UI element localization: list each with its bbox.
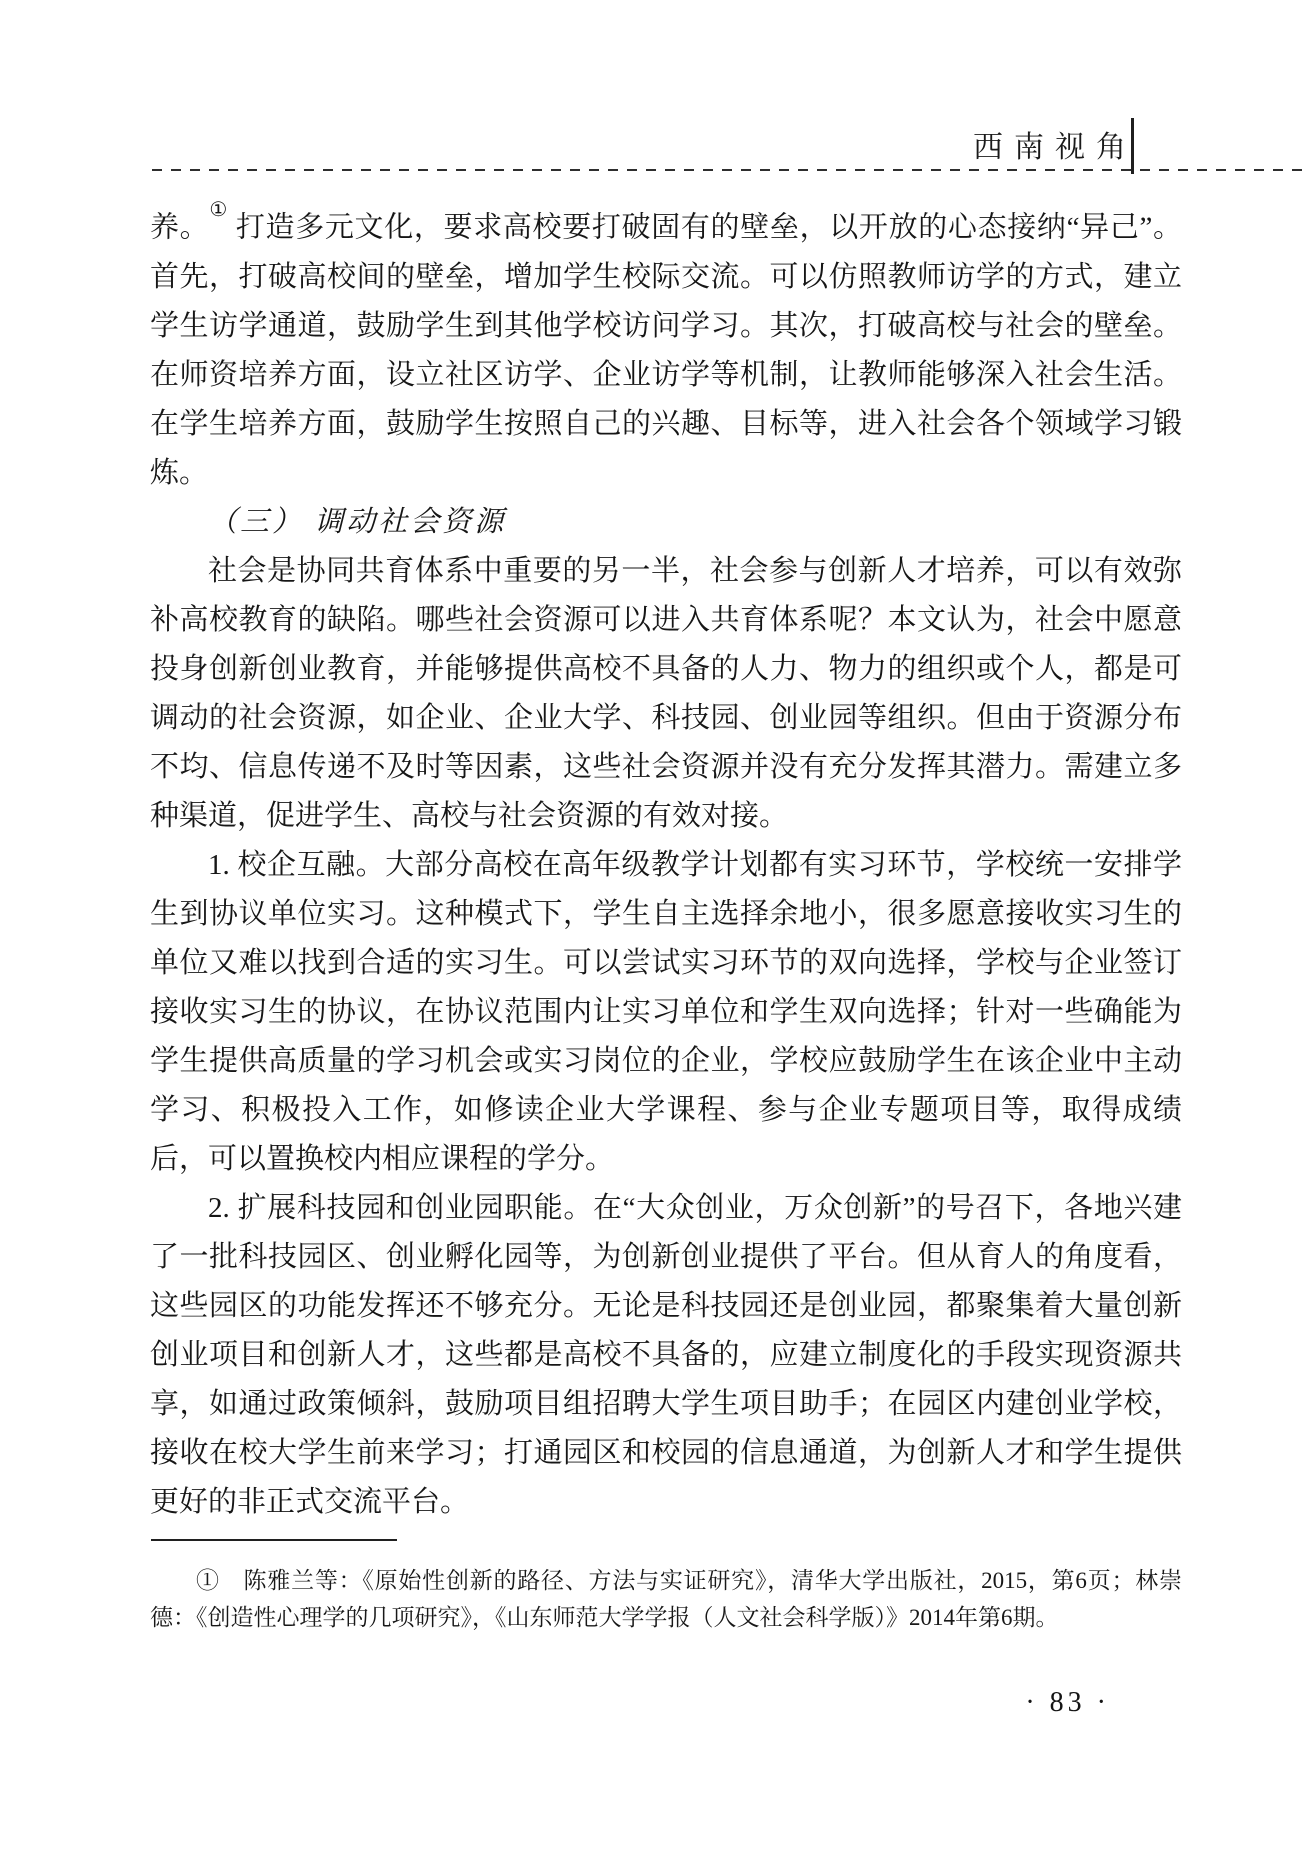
- running-head-title: 西南视角: [973, 129, 1137, 167]
- footnote-separator-rule: [151, 1539, 397, 1541]
- header-dashed-rule: [152, 169, 1307, 171]
- page-number: · 83 ·: [1025, 1688, 1110, 1718]
- paragraph-1-rest: 打造多元文化，要求高校要打破固有的壁垒，以开放的心态接纳“异己”。首先，打破高校…: [150, 212, 1182, 489]
- footnote-ref-marker: ①: [209, 199, 228, 221]
- footnote-block: ① 陈雅兰等：《原始性创新的路径、方法与实证研究》，清华大学出版社，2015，第…: [150, 1562, 1182, 1636]
- header-vertical-bar: [1131, 118, 1134, 174]
- paragraph-1: 养。① 打造多元文化，要求高校要打破固有的壁垒，以开放的心态接纳“异己”。首先，…: [150, 196, 1182, 498]
- paragraph-2: 社会是协同共育体系中重要的另一半，社会参与创新人才培养，可以有效弥补高校教育的缺…: [150, 547, 1182, 841]
- footnote-1: ① 陈雅兰等：《原始性创新的路径、方法与实证研究》，清华大学出版社，2015，第…: [150, 1562, 1182, 1636]
- document-page: 西南视角 养。① 打造多元文化，要求高校要打破固有的壁垒，以开放的心态接纳“异己…: [0, 0, 1307, 1859]
- paragraph-1-lead: 养。: [150, 212, 209, 244]
- paragraph-3: 1. 校企互融。大部分高校在高年级教学计划都有实习环节，学校统一安排学生到协议单…: [150, 841, 1182, 1184]
- body-text-block: 养。① 打造多元文化，要求高校要打破固有的壁垒，以开放的心态接纳“异己”。首先，…: [150, 196, 1182, 1527]
- paragraph-4: 2. 扩展科技园和创业园职能。在“大众创业，万众创新”的号召下，各地兴建了一批科…: [150, 1184, 1182, 1527]
- subsection-heading: （三） 调动社会资源: [150, 498, 1182, 547]
